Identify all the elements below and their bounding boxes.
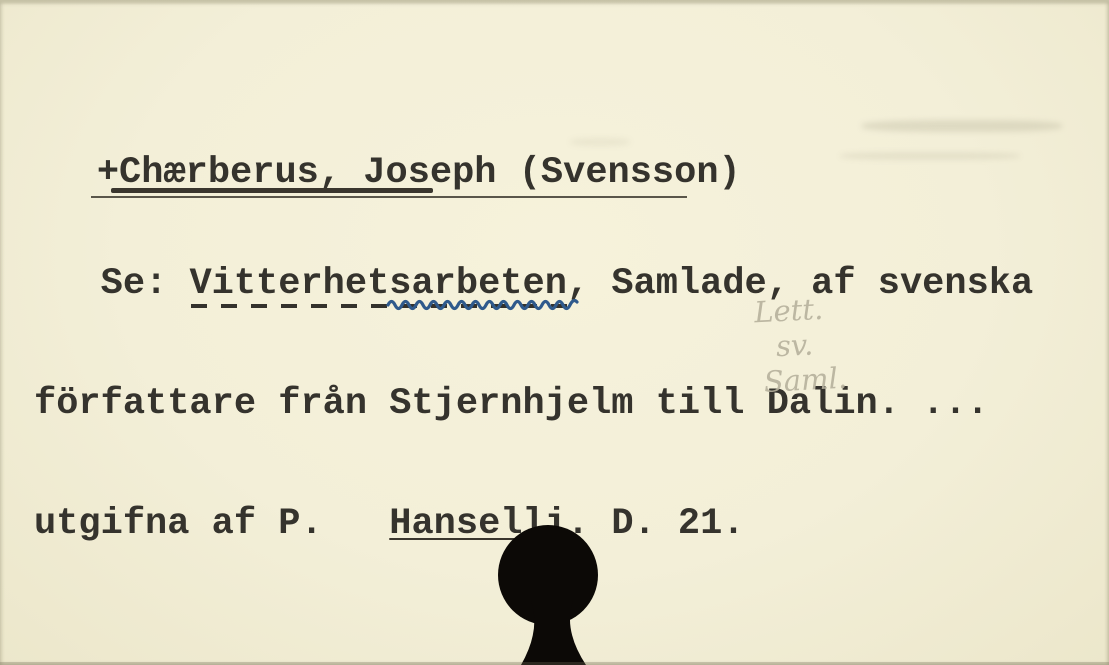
pencil-note-line-2: sv. <box>775 326 846 365</box>
reference-line-2: författare från Stjernhjelm till Dalin. … <box>34 384 1033 424</box>
scan-smudge <box>862 120 1062 132</box>
scan-smudge <box>840 152 1020 160</box>
pencil-note: Lett. sv. Saml. <box>753 291 848 401</box>
card-top-edge <box>0 0 1109 5</box>
see-label: Se: <box>34 263 189 305</box>
wavy-underline-mark <box>386 295 590 311</box>
pencil-note-line-3: Saml. <box>763 361 848 400</box>
reference-line-3-start: utgifna af P. <box>34 503 389 545</box>
pencil-note-line-1: Lett. <box>753 291 844 331</box>
catalog-card: +Chærberus, Joseph (Svensson) Se: Vitter… <box>0 0 1109 665</box>
rod-hole-keyhole <box>470 520 630 665</box>
